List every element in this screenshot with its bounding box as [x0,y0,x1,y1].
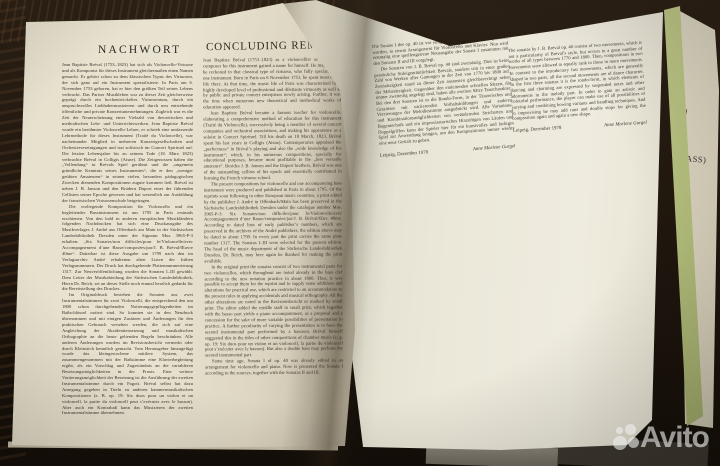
signature-name-en: Anne Marlene Gurgel [604,121,647,129]
heading-nachwort: NACHWORT [98,44,181,56]
signature-row-german: Leipzig, Dezember 1978 Anne Marlene Gurg… [380,144,516,159]
signature-date-de: Leipzig, Dezember 1978 [380,150,429,159]
show-through-smudge [450,15,522,28]
right-column-english: The sonatas by J. B. Bréval op. 40 consi… [508,40,647,135]
avito-watermark-label: Avito [640,421,709,455]
avito-logo-circle [625,424,636,435]
signature-row-english: Leipzig, December 1978 Anne Marlene Gurg… [513,121,647,135]
signature-name-de: Anne Marlene Gurgel [473,144,516,153]
left-column-german: Jean Baptiste Bréval (1753–1823) hat sic… [62,62,193,416]
avito-logo-circle [628,437,639,448]
cover-title-fragment: ASS) [686,153,707,164]
book-photo: I ASS) Die Sonate I des op. 40 ist vor e… [0,0,720,466]
avito-logo-circle [616,427,623,434]
right-english-paragraphs: The sonatas by J. B. Bréval op. 40 consi… [508,40,646,122]
avito-logo-circle [613,436,627,450]
right-german-paragraphs: Die Sonate I des op. 40 ist vor einiger … [372,35,515,147]
left-column-english: Jean Baptiste Bréval (1753–1823) as a vi… [203,57,343,377]
right-column-german: Die Sonate I des op. 40 ist vor einiger … [372,35,516,160]
avito-watermark: Avito [606,420,716,464]
left-page: NACHWORT CONCLUDING REMARKS Jean Baptist… [10,0,360,452]
show-through-smudge [466,29,512,38]
signature-date-en: Leipzig, December 1978 [513,126,562,135]
